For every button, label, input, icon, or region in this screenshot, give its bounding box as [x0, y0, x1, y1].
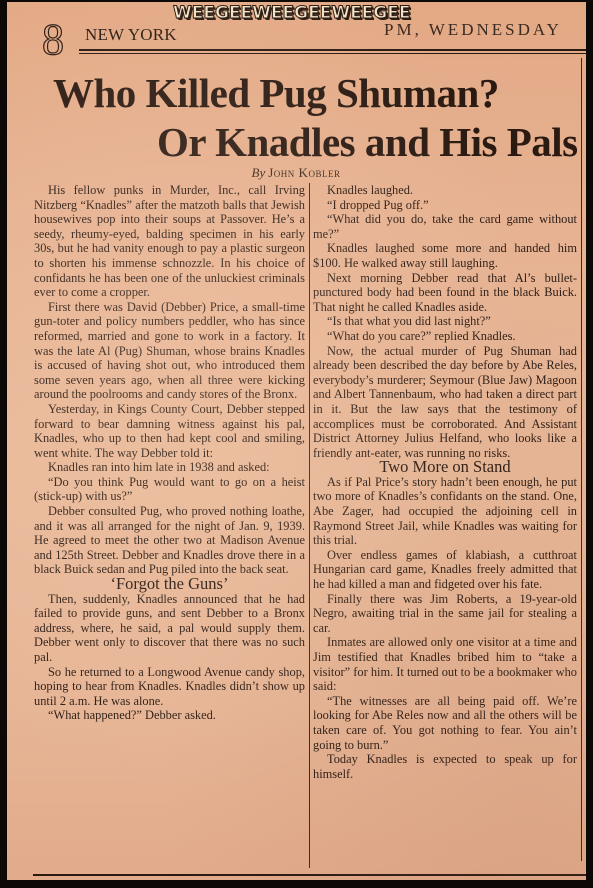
paragraph: Knadles laughed some more and handed him…	[313, 241, 577, 270]
paragraph: Knadles ran into him late in 1938 and as…	[34, 460, 305, 475]
paragraph: “Do you think Pug would want to go on a …	[34, 475, 305, 504]
weegee-watermark: WEEGEEWEEGEEWEEGEE	[173, 3, 410, 23]
edition-date: PM, WEDNESDAY	[384, 20, 562, 40]
paragraph: First there was David (Debber) Price, a …	[34, 300, 305, 402]
paragraph: His fellow punks in Murder, Inc., call I…	[34, 183, 305, 300]
paragraph: “I dropped Pug off.”	[313, 198, 577, 213]
newspaper-clipping: WEEGEEWEEGEEWEEGEE 8 NEW YORK PM, WEDNES…	[7, 2, 586, 880]
article-column-left: His fellow punks in Murder, Inc., call I…	[34, 183, 305, 723]
byline-prefix: By	[252, 165, 266, 180]
paragraph: “What happened?” Debber asked.	[34, 708, 305, 723]
byline: By John Kobler	[7, 165, 585, 181]
headline-line-1: Who Killed Pug Shuman?	[53, 71, 499, 115]
paragraph: “Is that what you did last night?”	[313, 314, 577, 329]
article-column-right: Knadles laughed. “I dropped Pug off.” “W…	[313, 183, 577, 781]
bottom-rule	[33, 874, 586, 876]
paragraph: Yesterday, in Kings County Court, Debber…	[34, 402, 305, 460]
byline-author: John Kobler	[268, 165, 340, 180]
paragraph: Debber consulted Pug, who proved nothing…	[34, 504, 305, 577]
page-number: 8	[42, 20, 64, 60]
column-divider	[309, 183, 310, 868]
subhead-two-more-on-stand: Two More on Stand	[313, 460, 577, 475]
paragraph: Next morning Debber read that Al’s bulle…	[313, 271, 577, 315]
subhead-forgot-the-guns: ‘Forgot the Guns’	[34, 577, 305, 592]
paragraph: Now, the actual murder of Pug Shuman had…	[313, 344, 577, 461]
headline-line-2: Or Knadles and His Pals	[157, 120, 578, 164]
paragraph: Inmates are allowed only one visitor at …	[313, 635, 577, 693]
paragraph: “What do you care?” replied Knadles.	[313, 329, 577, 344]
paragraph: “The witnesses are all being paid off. W…	[313, 694, 577, 752]
paragraph: “What did you do, take the card game wit…	[313, 212, 577, 241]
paragraph: Finally there was Jim Roberts, a 19-year…	[313, 592, 577, 636]
paragraph: As if Pal Price’s story hadn’t been enou…	[313, 475, 577, 548]
paragraph: So he returned to a Longwood Avenue cand…	[34, 665, 305, 709]
paragraph: Today Knadles is expected to speak up fo…	[313, 752, 577, 781]
masthead-rule	[79, 49, 586, 51]
newspaper-name: NEW YORK	[85, 25, 177, 45]
paragraph: Over endless games of klabiash, a cutthr…	[313, 548, 577, 592]
paragraph: Then, suddenly, Knadles announced that h…	[34, 592, 305, 665]
paragraph: Knadles laughed.	[313, 183, 577, 198]
masthead-rule-thin	[79, 53, 586, 54]
